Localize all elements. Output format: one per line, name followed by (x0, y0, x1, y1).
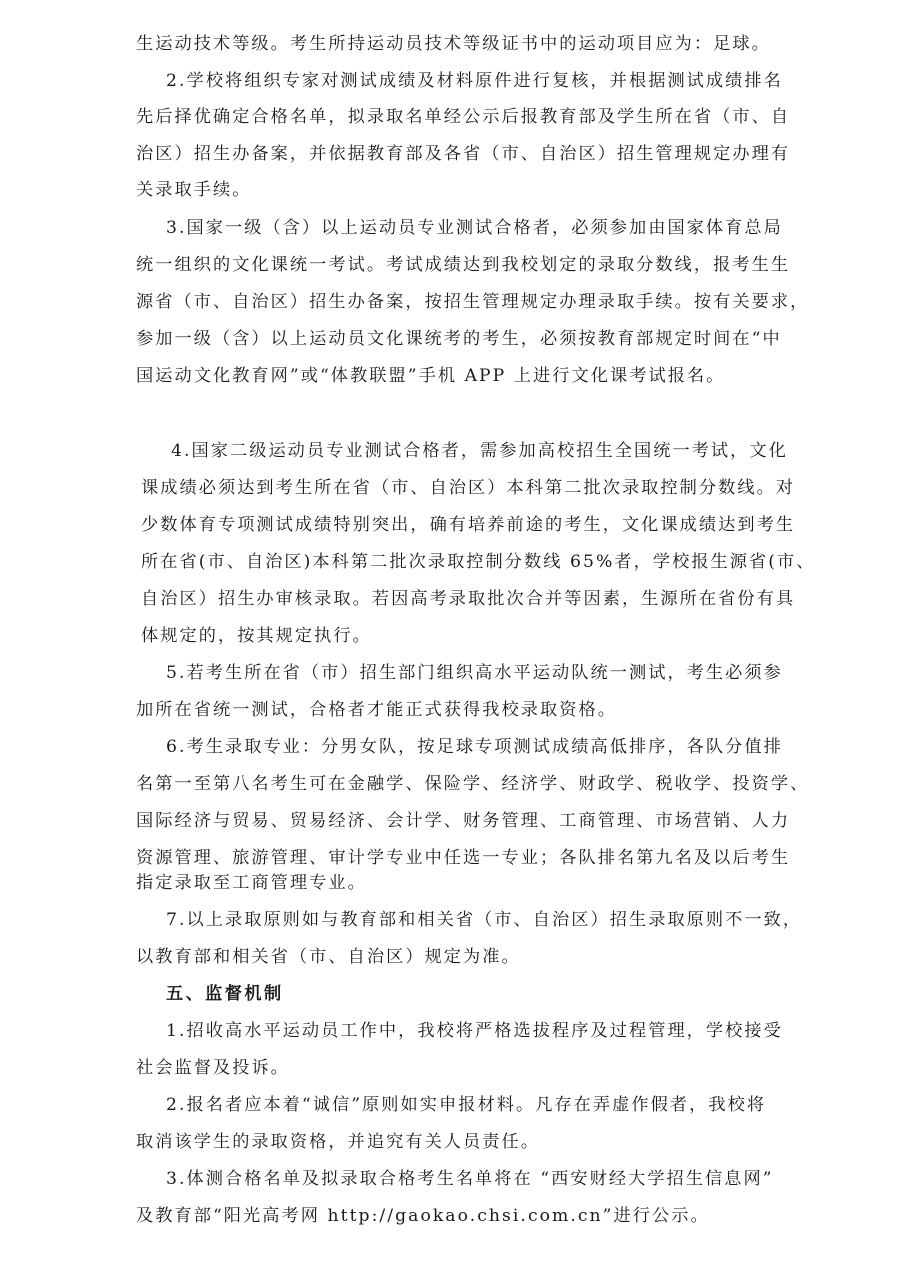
paragraph-line: 6.考生录取专业：分男女队，按足球专项测试成绩高低排序，各队分值排 (166, 735, 783, 759)
paragraph-line: 名第一至第八名考生可在金融学、保险学、经济学、财政学、税收学、投资学、 (136, 772, 809, 796)
paragraph-line: 生运动技术等级。考生所持运动员技术等级证书中的运动项目应为：足球。 (136, 32, 771, 56)
paragraph-line: 先后择优确定合格名单，拟录取名单经公示后报教育部及学生所在省（市、自 (136, 105, 790, 129)
paragraph-line: 1.招收高水平运动员工作中，我校将严格选拔程序及过程管理，学校接受 (166, 1019, 783, 1043)
paragraph-line: 2.报名者应本着“诚信”原则如实申报材料。凡存在弄虚作假者，我校将 (166, 1093, 766, 1117)
paragraph-line: 关录取手续。 (136, 178, 251, 202)
paragraph-line: 所在省(市、自治区)本科第二批次录取控制分数线 65%者，学校报生源省(市、 (141, 550, 816, 574)
paragraph-line: 体规定的，按其规定执行。 (141, 624, 372, 648)
paragraph-line: 以教育部和相关省（市、自治区）规定为准。 (136, 945, 521, 969)
paragraph-line: 2.学校将组织专家对测试成绩及材料原件进行复核，并根据测试成绩排名 (166, 69, 783, 93)
paragraph-line: 加所在省统一测试，合格者才能正式获得我校录取资格。 (136, 698, 617, 722)
paragraph-line: 5.若考生所在省（市）招生部门组织高水平运动队统一测试，考生必须参 (166, 661, 783, 685)
paragraph-line: 少数体育专项测试成绩特别突出，确有培养前途的考生，文化课成绩达到考生 (141, 513, 795, 537)
paragraph-line: 治区）招生办备案，并依据教育部及各省（市、自治区）招生管理规定办理有 (136, 142, 790, 166)
paragraph-line: 统一组织的文化课统一考试。考试成绩达到我校划定的录取分数线，报考生生 (136, 253, 790, 277)
paragraph-line: 取消该学生的录取资格，并追究有关人员责任。 (136, 1130, 540, 1154)
paragraph-line: 国际经济与贸易、贸易经济、会计学、财务管理、工商管理、市场营销、人力 (136, 809, 790, 833)
paragraph-line: 7.以上录取原则如与教育部和相关省（市、自治区）招生录取原则不一致， (166, 908, 802, 932)
paragraph-line: 资源管理、旅游管理、审计学专业中任选一专业；各队排名第九名及以后考生 (136, 846, 790, 870)
paragraph-line: 自治区）招生办审核录取。若因高考录取批次合并等因素，生源所在省份有具 (141, 587, 795, 611)
paragraph-line: 国运动文化教育网”或“体教联盟”手机 APP 上进行文化课考试报名。 (136, 364, 725, 388)
paragraph-line: 3.国家一级（含）以上运动员专业测试合格者，必须参加由国家体育总局 (166, 216, 783, 240)
paragraph-line: 参加一级（含）以上运动员文化课统考的考生，必须按教育部规定时间在“中 (136, 327, 782, 351)
section-heading: 五、监督机制 (166, 982, 284, 1006)
paragraph-line: 指定录取至工商管理专业。 (136, 871, 367, 895)
paragraph-line: 3.体测合格名单及拟录取合格考生名单将在 “西安财经大学招生信息网” (166, 1167, 774, 1191)
paragraph-line-with-url: 及教育部“阳光高考网 http://gaokao.chsi.com.cn”进行公… (136, 1204, 710, 1228)
paragraph-line: 4.国家二级运动员专业测试合格者，需参加高校招生全国统一考试，文化 (171, 439, 788, 463)
paragraph-line: 源省（市、自治区）招生办备案，按招生管理规定办理录取手续。按有关要求， (136, 290, 809, 314)
paragraph-line: 社会监督及投诉。 (136, 1056, 290, 1080)
paragraph-line: 课成绩必须达到考生所在省（市、自治区）本科第二批次录取控制分数线。对 (141, 476, 795, 500)
